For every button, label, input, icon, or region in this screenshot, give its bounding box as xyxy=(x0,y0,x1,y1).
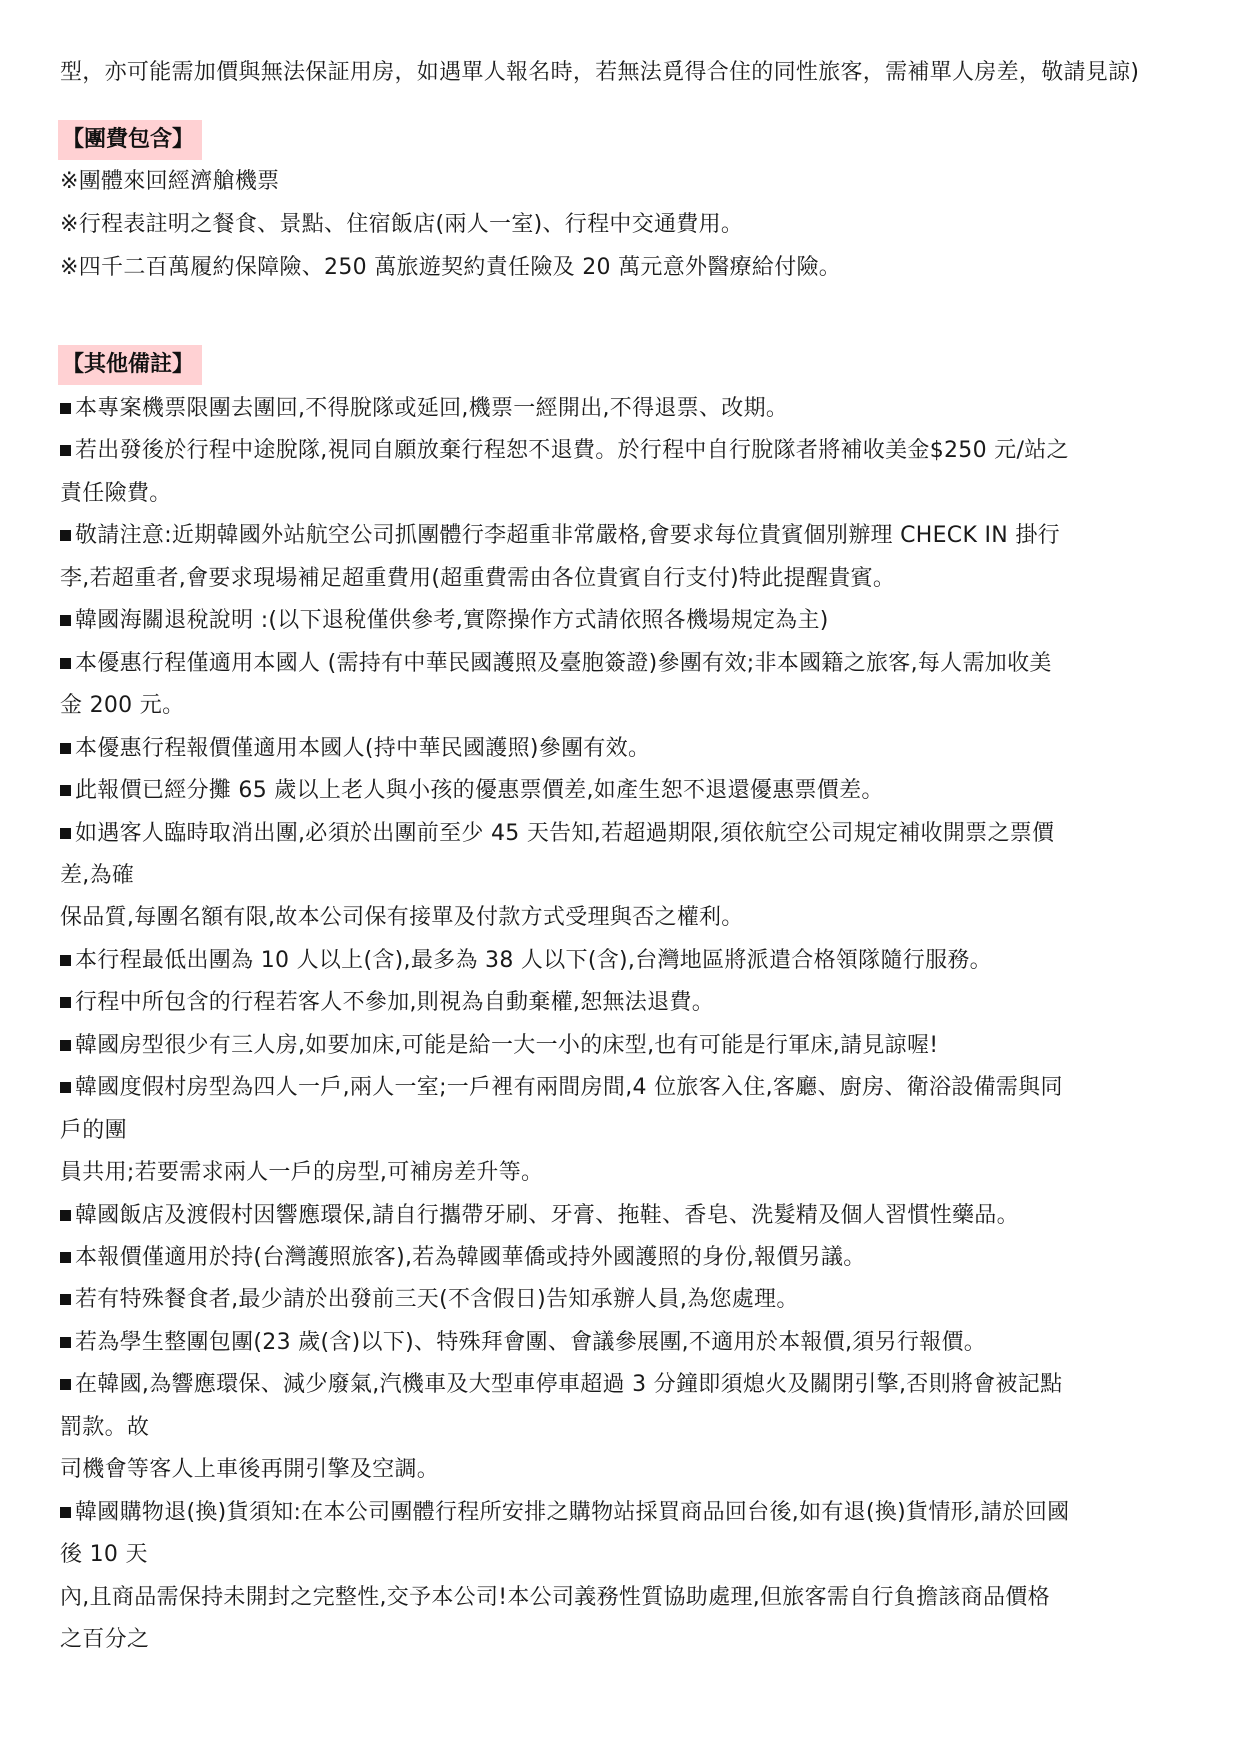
intro-text-line: 型，亦可能需加價與無法保証用房，如遇單人報名時，若無法覓得合住的同性旅客，需補單… xyxy=(60,58,1139,88)
fee-includes-item: ※行程表註明之餐食、景點、住宿飯店(兩人一室)、行程中交通費用。 xyxy=(60,210,743,240)
note-item-continuation: 戶的團 xyxy=(60,1116,127,1146)
note-item-continuation: 罰款。故 xyxy=(60,1413,149,1443)
note-text: 行程中所包含的行程若客人不參加,則視為自動棄權,恕無法退費。 xyxy=(75,990,714,1015)
note-item: 韓國度假村房型為四人一戶,兩人一室;一戶裡有兩間房間,4 位旅客入住,客廳、廚房… xyxy=(60,1073,1063,1103)
note-text: 本優惠行程僅適用本國人 (需持有中華民國護照及臺胞簽證)參團有效;非本國籍之旅客… xyxy=(75,651,1052,676)
note-item: 在韓國,為響應環保、減少廢氣,汽機車及大型車停車超過 3 分鐘即須熄火及關閉引擎… xyxy=(60,1370,1062,1400)
note-item: 韓國海關退稅說明 :(以下退稅僅供參考,實際操作方式請依照各機場規定為主) xyxy=(60,606,829,636)
note-text: 本報價僅適用於持(台灣護照旅客),若為韓國華僑或持外國護照的身份,報價另議。 xyxy=(75,1245,866,1270)
black-square-bullet-icon xyxy=(60,1337,71,1348)
note-item: 敬請注意:近期韓國外站航空公司抓團體行李超重非常嚴格,會要求每位貴賓個別辦理 C… xyxy=(60,521,1060,551)
document-page: 型，亦可能需加價與無法保証用房，如遇單人報名時，若無法覓得合住的同性旅客，需補單… xyxy=(0,0,1241,1755)
note-item-continuation: 保品質,每團名額有限,故本公司保有接單及付款方式受理與否之權利。 xyxy=(60,903,744,933)
note-text: 此報價已經分攤 65 歲以上老人與小孩的優惠票價差,如產生恕不退還優惠票價差。 xyxy=(75,778,884,803)
note-item-continuation: 差,為確 xyxy=(60,861,134,891)
black-square-bullet-icon xyxy=(60,658,71,669)
note-text: 金 200 元。 xyxy=(60,693,184,718)
note-item-continuation: 司機會等客人上車後再開引擎及空調。 xyxy=(60,1455,439,1485)
note-text: 敬請注意:近期韓國外站航空公司抓團體行李超重非常嚴格,會要求每位貴賓個別辦理 C… xyxy=(75,523,1060,548)
note-item: 此報價已經分攤 65 歲以上老人與小孩的優惠票價差,如產生恕不退還優惠票價差。 xyxy=(60,776,884,806)
note-text: 差,為確 xyxy=(60,863,134,888)
black-square-bullet-icon xyxy=(60,997,71,1008)
note-text: 保品質,每團名額有限,故本公司保有接單及付款方式受理與否之權利。 xyxy=(60,905,744,930)
note-text: 若有特殊餐食者,最少請於出發前三天(不含假日)告知承辦人員,為您處理。 xyxy=(75,1287,799,1312)
section-heading-other-notes: 【其他備註】 xyxy=(58,345,202,385)
note-text: 在韓國,為響應環保、減少廢氣,汽機車及大型車停車超過 3 分鐘即須熄火及關閉引擎… xyxy=(75,1372,1062,1397)
note-text: 若為學生整團包團(23 歲(含)以下)、特殊拜會團、會議參展團,不適用於本報價,… xyxy=(75,1330,986,1355)
note-item-continuation: 之百分之 xyxy=(60,1625,149,1655)
black-square-bullet-icon xyxy=(60,403,71,414)
note-text: 如遇客人臨時取消出團,必須於出團前至少 45 天告知,若超過期限,須依航空公司規… xyxy=(75,821,1054,846)
note-item: 韓國飯店及渡假村因響應環保,請自行攜帶牙刷、牙膏、拖鞋、香皂、洗髮精及個人習慣性… xyxy=(60,1201,1019,1231)
note-item: 韓國房型很少有三人房,如要加床,可能是給一大一小的床型,也有可能是行軍床,請見諒… xyxy=(60,1031,938,1061)
note-item-continuation: 內,且商品需保持未開封之完整性,交予本公司!本公司義務性質協助處理,但旅客需自行… xyxy=(60,1583,1050,1613)
note-text: 韓國購物退(換)貨須知:在本公司團體行程所安排之購物站採買商品回台後,如有退(換… xyxy=(75,1500,1069,1525)
black-square-bullet-icon xyxy=(60,828,71,839)
black-square-bullet-icon xyxy=(60,1082,71,1093)
black-square-bullet-icon xyxy=(60,445,71,456)
note-text: 本行程最低出團為 10 人以上(含),最多為 38 人以下(含),台灣地區將派遣… xyxy=(75,948,992,973)
fee-includes-item: ※團體來回經濟艙機票 xyxy=(60,167,279,197)
note-item: 若有特殊餐食者,最少請於出發前三天(不含假日)告知承辦人員,為您處理。 xyxy=(60,1285,799,1315)
black-square-bullet-icon xyxy=(60,1252,71,1263)
note-text: 本優惠行程報價僅適用本國人(持中華民國護照)參團有效。 xyxy=(75,736,650,761)
note-text: 之百分之 xyxy=(60,1627,149,1652)
note-item: 如遇客人臨時取消出團,必須於出團前至少 45 天告知,若超過期限,須依航空公司規… xyxy=(60,819,1054,849)
note-text: 韓國房型很少有三人房,如要加床,可能是給一大一小的床型,也有可能是行軍床,請見諒… xyxy=(75,1033,938,1058)
note-text: 若出發後於行程中途脫隊,視同自願放棄行程恕不退費。於行程中自行脫隊者將補收美金$… xyxy=(75,438,1069,463)
black-square-bullet-icon xyxy=(60,955,71,966)
note-item-continuation: 責任險費。 xyxy=(60,479,172,509)
note-item: 若為學生整團包團(23 歲(含)以下)、特殊拜會團、會議參展團,不適用於本報價,… xyxy=(60,1328,986,1358)
note-text: 韓國度假村房型為四人一戶,兩人一室;一戶裡有兩間房間,4 位旅客入住,客廳、廚房… xyxy=(75,1075,1063,1100)
note-text: 韓國飯店及渡假村因響應環保,請自行攜帶牙刷、牙膏、拖鞋、香皂、洗髮精及個人習慣性… xyxy=(75,1203,1019,1228)
note-text: 內,且商品需保持未開封之完整性,交予本公司!本公司義務性質協助處理,但旅客需自行… xyxy=(60,1585,1050,1610)
note-item-continuation: 李,若超重者,會要求現場補足超重費用(超重費需由各位貴賓自行支付)特此提醒貴賓。 xyxy=(60,564,895,594)
black-square-bullet-icon xyxy=(60,530,71,541)
black-square-bullet-icon xyxy=(60,1294,71,1305)
note-item-continuation: 金 200 元。 xyxy=(60,691,184,721)
note-text: 責任險費。 xyxy=(60,481,172,506)
section-heading-fee-includes: 【團費包含】 xyxy=(58,120,202,160)
black-square-bullet-icon xyxy=(60,743,71,754)
black-square-bullet-icon xyxy=(60,615,71,626)
note-text: 罰款。故 xyxy=(60,1415,149,1440)
note-text: 員共用;若要需求兩人一戶的房型,可補房差升等。 xyxy=(60,1160,543,1185)
note-item-continuation: 後 10 天 xyxy=(60,1540,148,1570)
black-square-bullet-icon xyxy=(60,1507,71,1518)
note-item: 若出發後於行程中途脫隊,視同自願放棄行程恕不退費。於行程中自行脫隊者將補收美金$… xyxy=(60,436,1069,466)
black-square-bullet-icon xyxy=(60,1040,71,1051)
black-square-bullet-icon xyxy=(60,1210,71,1221)
fee-includes-item: ※四千二百萬履約保障險、250 萬旅遊契約責任險及 20 萬元意外醫療給付險。 xyxy=(60,253,841,283)
note-text: 李,若超重者,會要求現場補足超重費用(超重費需由各位貴賓自行支付)特此提醒貴賓。 xyxy=(60,566,895,591)
note-item: 行程中所包含的行程若客人不參加,則視為自動棄權,恕無法退費。 xyxy=(60,988,714,1018)
black-square-bullet-icon xyxy=(60,1379,71,1390)
note-item: 韓國購物退(換)貨須知:在本公司團體行程所安排之購物站採買商品回台後,如有退(換… xyxy=(60,1498,1069,1528)
black-square-bullet-icon xyxy=(60,785,71,796)
note-item: 本行程最低出團為 10 人以上(含),最多為 38 人以下(含),台灣地區將派遣… xyxy=(60,946,992,976)
note-item: 本報價僅適用於持(台灣護照旅客),若為韓國華僑或持外國護照的身份,報價另議。 xyxy=(60,1243,866,1273)
note-item: 本優惠行程僅適用本國人 (需持有中華民國護照及臺胞簽證)參團有效;非本國籍之旅客… xyxy=(60,649,1052,679)
note-text: 戶的團 xyxy=(60,1118,127,1143)
note-text: 本專案機票限團去團回,不得脫隊或延回,機票一經開出,不得退票、改期。 xyxy=(75,396,788,421)
note-text: 後 10 天 xyxy=(60,1542,148,1567)
note-item-continuation: 員共用;若要需求兩人一戶的房型,可補房差升等。 xyxy=(60,1158,543,1188)
note-item: 本優惠行程報價僅適用本國人(持中華民國護照)參團有效。 xyxy=(60,734,650,764)
note-item: 本專案機票限團去團回,不得脫隊或延回,機票一經開出,不得退票、改期。 xyxy=(60,394,788,424)
note-text: 韓國海關退稅說明 :(以下退稅僅供參考,實際操作方式請依照各機場規定為主) xyxy=(75,608,829,633)
note-text: 司機會等客人上車後再開引擎及空調。 xyxy=(60,1457,439,1482)
